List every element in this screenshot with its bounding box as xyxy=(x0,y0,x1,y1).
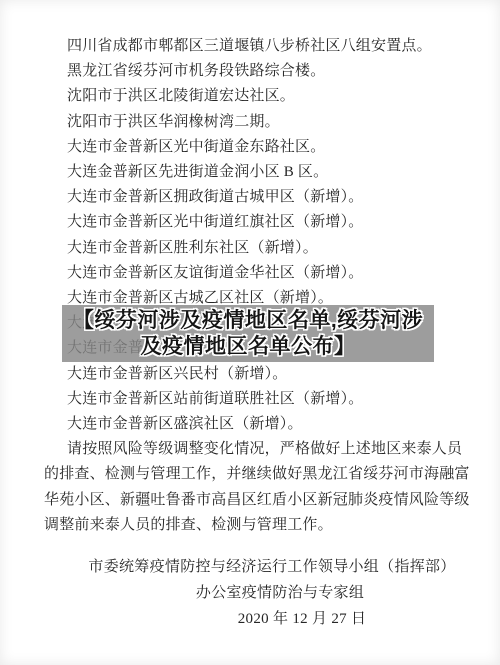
document-line: 大连市金普新区友谊街道金华社区（新增）。 xyxy=(44,261,456,286)
document-line: 大连市金普新区光中街道金东路社区。 xyxy=(44,135,456,160)
headline-overlay: 【绥芬河涉及疫情地区名单,绥芬河涉 及疫情地区名单公布】 xyxy=(62,305,434,362)
document-line: 大连市金普新区兴民村（新增）。 xyxy=(44,362,456,387)
signature-org-line2: 办公室疫情防治与专家组 xyxy=(74,580,486,606)
signature-block: 市委统筹疫情防控与经济运行工作领导小组（指挥部） 办公室疫情防治与专家组 202… xyxy=(44,554,456,632)
document-line: 大连市金普新区光中街道红旗社区（新增）。 xyxy=(44,210,456,235)
document-line: 沈阳市于洪区华润橡树湾二期。 xyxy=(44,110,456,135)
document-line: 华苑小区、新疆吐鲁番市高昌区红盾小区新冠肺炎疫情风险等级 xyxy=(44,488,456,513)
document-line: 大连市金普新区胜利东社区（新增）。 xyxy=(44,236,456,261)
document-line: 大连市金普新区拥政街道古城甲区（新增）。 xyxy=(44,185,456,210)
signature-org-line1: 市委统筹疫情防控与经济运行工作领导小组（指挥部） xyxy=(66,554,478,580)
document-body: 四川省成都市郫都区三道堰镇八步桥社区八组安置点。黑龙江省绥芬河市机务段铁路综合楼… xyxy=(44,34,456,538)
document-line: 大连金普新区先进街道金润小区 B 区。 xyxy=(44,160,456,185)
document-line: 的排查、检测与管理工作，并继续做好黑龙江省绥芬河市海融富 xyxy=(44,462,456,487)
document-line: 大连市金普新区盛滨社区（新增）。 xyxy=(44,412,456,437)
signature-date: 2020 年 12 月 27 日 xyxy=(96,606,500,632)
document-line: 调整前来泰人员的排查、检测与管理工作。 xyxy=(44,513,456,538)
headline-overlay-line1: 【绥芬河涉及疫情地区名单,绥芬河涉 xyxy=(73,308,423,334)
document-line: 请按照风险等级调整变化情况，严格做好上述地区来泰人员 xyxy=(44,437,456,462)
document-line: 黑龙江省绥芬河市机务段铁路综合楼。 xyxy=(44,59,456,84)
document-line: 大连市金普新区站前街道联胜社区（新增）。 xyxy=(44,387,456,412)
document-line: 沈阳市于洪区北陵街道宏达社区。 xyxy=(44,84,456,109)
document-line: 四川省成都市郫都区三道堰镇八步桥社区八组安置点。 xyxy=(44,34,456,59)
headline-overlay-line2: 及疫情地区名单公布】 xyxy=(141,334,356,360)
